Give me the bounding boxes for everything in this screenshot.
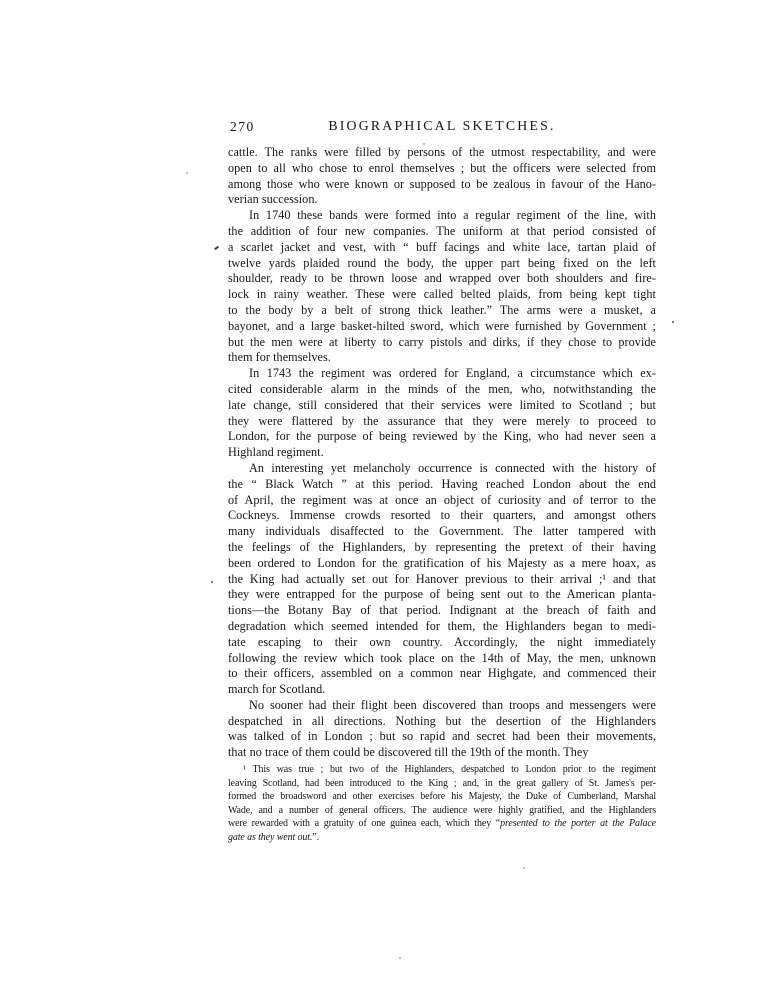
text-line: they were entrapped for the purpose of b… [228,587,656,603]
text-run: been ordered to London for the gratifica… [228,556,656,570]
scan-speck [672,321,674,323]
page-number: 270 [230,119,255,135]
text-run: Cockneys. Immense crowds resorted to the… [228,508,656,522]
text-line: tions—the Botany Bay of that period. Ind… [228,603,656,619]
text-run: among those who were known or supposed t… [228,177,656,191]
text-line: gate as they went out.”. [228,831,656,845]
text-line: been ordered to London for the gratifica… [228,556,656,572]
scan-speck [399,957,401,959]
text-run: were rewarded with a gratuity of one gui… [228,818,500,829]
paragraph: In 1743 the regiment was ordered for Eng… [228,366,656,461]
text-run: march for Scotland. [228,682,325,696]
text-run: them for themselves. [228,350,331,364]
text-run: In 1743 the regiment was ordered for Eng… [249,366,656,380]
text-line: No sooner had their flight been discover… [228,698,656,714]
text-run: verian succession. [228,192,318,206]
text-run: formed the broadsword and other exercise… [228,791,656,802]
text-run: despatched in all directions. Nothing bu… [228,714,656,728]
text-run: tate escaping to their own country. Acco… [228,635,656,649]
text-run: that no trace of them could be discovere… [228,745,589,759]
text-line: formed the broadsword and other exercise… [228,790,656,804]
text-run: following the review which took place on… [228,651,656,665]
text-run: cited considerable alarm in the minds of… [228,382,656,396]
book-page: 270 BIOGRAPHICAL SKETCHES. cattle. The r… [0,0,782,1000]
text-line: the addition of four new companies. The … [228,224,656,240]
text-line: the King had actually set out for Hanove… [228,572,656,588]
scan-speck [523,867,525,869]
text-run: Highland regiment. [228,445,324,459]
text-line: cited considerable alarm in the minds of… [228,382,656,398]
text-line: lock in rainy weather. These were called… [228,287,656,303]
text-line: An interesting yet melancholy occurrence… [228,461,656,477]
text-run: the addition of four new companies. The … [228,224,656,238]
text-line: among those who were known or supposed t… [228,177,656,193]
text-run: Wade, and a number of general officers. … [228,805,656,816]
text-line: degradation which seemed intended for th… [228,619,656,635]
text-line: In 1743 the regiment was ordered for Eng… [228,366,656,382]
text-line: twelve yards plaided round the body, the… [228,256,656,272]
text-run: many individuals disaffected to the Gove… [228,524,656,538]
text-run: shoulder, ready to be thrown loose and w… [228,271,656,285]
text-line: cattle. The ranks were filled by persons… [228,145,656,161]
text-line: them for themselves. [228,350,656,366]
scan-speck [423,143,425,145]
text-line: following the review which took place on… [228,651,656,667]
text-run: but the men were at liberty to carry pis… [228,335,656,349]
text-line: Cockneys. Immense crowds resorted to the… [228,508,656,524]
text-run: tions—the Botany Bay of that period. Ind… [228,603,656,617]
paragraph: No sooner had their flight been discover… [228,698,656,761]
text-run: degradation which seemed intended for th… [228,619,656,633]
text-line: the feelings of the Highlanders, by repr… [228,540,656,556]
text-line: was talked of in London ; but so rapid a… [228,729,656,745]
text-line: shoulder, ready to be thrown loose and w… [228,271,656,287]
text-run: An interesting yet melancholy occurrence… [249,461,656,475]
scan-speck [186,172,188,174]
text-run: London, for the purpose of being reviewe… [228,429,656,443]
text-line: but the men were at liberty to carry pis… [228,335,656,351]
italic-text-run: gate as they went out. [228,832,312,843]
italic-text-run: presented to the porter at the Palace [500,818,656,829]
text-line: that no trace of them could be discovere… [228,745,656,761]
running-title: BIOGRAPHICAL SKETCHES. [228,118,656,134]
text-run: leaving Scotland, had been introduced to… [228,778,656,789]
text-run: a scarlet jacket and vest, with “ buff f… [228,240,656,254]
text-run: of April, the regiment was at once an ob… [228,493,656,507]
text-line: to their officers, assembled on a common… [228,666,656,682]
text-line: they were flattered by the assurance tha… [228,414,656,430]
page-header: 270 BIOGRAPHICAL SKETCHES. [228,118,656,138]
text-line: Wade, and a number of general officers. … [228,804,656,818]
text-run: to the body by a belt of strong thick le… [228,303,656,317]
text-line: In 1740 these bands were formed into a r… [228,208,656,224]
text-run: they were flattered by the assurance tha… [228,414,656,428]
text-run: lock in rainy weather. These were called… [228,287,656,301]
text-run: late change, still considered that their… [228,398,656,412]
text-line: many individuals disaffected to the Gove… [228,524,656,540]
text-line: bayonet, and a large basket-hilted sword… [228,319,656,335]
text-run: the King had actually set out for Hanove… [228,572,656,586]
text-line: tate escaping to their own country. Acco… [228,635,656,651]
text-run: they were entrapped for the purpose of b… [228,587,656,601]
scan-speck [211,581,213,583]
body-text: cattle. The ranks were filled by persons… [228,145,656,761]
text-line: leaving Scotland, had been introduced to… [228,777,656,791]
text-run: the “ Black Watch ” at this period. Havi… [228,477,656,491]
footnote: ¹ This was true ; but two of the Highlan… [228,763,656,845]
text-run: to their officers, assembled on a common… [228,666,656,680]
text-line: a scarlet jacket and vest, with “ buff f… [228,240,656,256]
text-run: was talked of in London ; but so rapid a… [228,729,656,743]
text-line: were rewarded with a gratuity of one gui… [228,817,656,831]
text-run: No sooner had their flight been discover… [249,698,656,712]
text-run: bayonet, and a large basket-hilted sword… [228,319,656,333]
text-run: In 1740 these bands were formed into a r… [249,208,656,222]
text-run: the feelings of the Highlanders, by repr… [228,540,656,554]
text-line: despatched in all directions. Nothing bu… [228,714,656,730]
text-run: ¹ This was true ; but two of the Highlan… [243,764,656,775]
paragraph: In 1740 these bands were formed into a r… [228,208,656,366]
text-run: twelve yards plaided round the body, the… [228,256,656,270]
text-run: ”. [312,832,319,843]
text-run: open to all who chose to enrol themselve… [228,161,656,175]
paragraph: cattle. The ranks were filled by persons… [228,145,656,208]
scan-speck [214,246,219,250]
text-line: London, for the purpose of being reviewe… [228,429,656,445]
text-line: the “ Black Watch ” at this period. Havi… [228,477,656,493]
text-line: to the body by a belt of strong thick le… [228,303,656,319]
text-line: march for Scotland. [228,682,656,698]
text-line: ¹ This was true ; but two of the Highlan… [228,763,656,777]
text-run: cattle. The ranks were filled by persons… [228,145,656,159]
text-line: late change, still considered that their… [228,398,656,414]
text-line: verian succession. [228,192,656,208]
text-line: of April, the regiment was at once an ob… [228,493,656,509]
text-line: Highland regiment. [228,445,656,461]
paragraph: An interesting yet melancholy occurrence… [228,461,656,698]
text-line: open to all who chose to enrol themselve… [228,161,656,177]
